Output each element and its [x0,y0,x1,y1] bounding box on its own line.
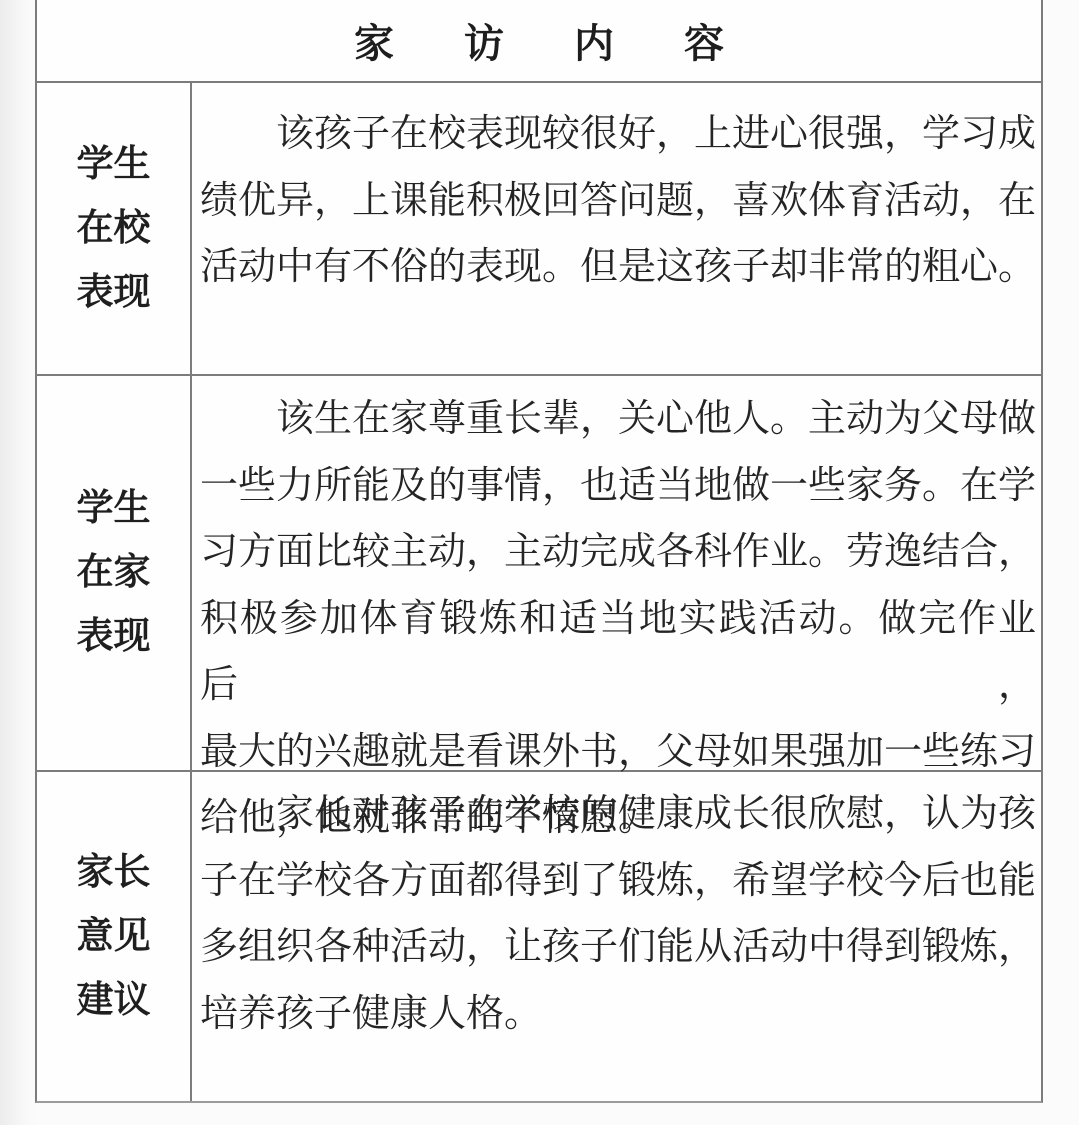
content-text-line: 培养孩子健康人格。 [200,981,1036,1048]
document-page: 家访内容 学生 在校 表现 该孩子在校表现较很好，上进心很强，学习成 绩优异，上… [0,0,1079,1125]
content-text-line: 家长对孩子在学校的健康成长很欣慰，认为孩 [200,781,1036,848]
row-label-line: 意见 [77,905,151,969]
content-text-line: 多组织各种活动，让孩子们能从活动中得到锻炼， [200,914,1036,981]
content-text-line: 该孩子在校表现较很好，上进心很强，学习成 [200,101,1036,168]
row-content-home-performance: 该生在家尊重长辈，关心他人。主动为父母做 一些力所能及的事情，也适当地做一些家务… [192,376,1041,770]
table-row-parent-suggestions: 家长 意见 建议 家长对孩子在学校的健康成长很欣慰，认为孩 子在学校各方面都得到… [37,772,1041,1101]
row-label-line: 表现 [77,261,151,325]
row-content-school-performance: 该孩子在校表现较很好，上进心很强，学习成 绩优异，上课能积极回答问题，喜欢体育活… [192,83,1041,374]
row-label-line: 家长 [77,841,151,905]
table-title: 家访内容 [284,12,794,69]
row-label-line: 学生 [77,133,151,197]
row-label-home-performance: 学生 在家 表现 [37,376,192,770]
content-text-line: 积极参加体育锻炼和适当地实践活动。做完作业后， [200,586,1036,719]
table-row-school-performance: 学生 在校 表现 该孩子在校表现较很好，上进心很强，学习成 绩优异，上课能积极回… [37,83,1041,376]
row-content-parent-suggestions: 家长对孩子在学校的健康成长很欣慰，认为孩 子在学校各方面都得到了锻炼，希望学校今… [192,772,1041,1101]
content-text-line: 该生在家尊重长辈，关心他人。主动为父母做 [200,386,1036,453]
row-label-line: 学生 [77,477,151,541]
row-label-school-performance: 学生 在校 表现 [37,83,192,374]
content-text-line: 一些力所能及的事情，也适当地做一些家务。在学 [200,453,1036,520]
table-row-home-performance: 学生 在家 表现 该生在家尊重长辈，关心他人。主动为父母做 一些力所能及的事情，… [37,376,1041,772]
row-label-line: 表现 [77,605,151,669]
home-visit-table: 家访内容 学生 在校 表现 该孩子在校表现较很好，上进心很强，学习成 绩优异，上… [35,0,1043,1103]
content-text-line: 子在学校各方面都得到了锻炼，希望学校今后也能 [200,848,1036,915]
row-label-line: 在家 [77,541,151,605]
content-text-line: 活动中有不俗的表现。但是这孩子却非常的粗心。 [200,234,1036,301]
row-label-line: 在校 [77,197,151,261]
content-text-line: 习方面比较主动，主动完成各科作业。劳逸结合， [200,519,1036,586]
content-text-line: 绩优异，上课能积极回答问题，喜欢体育活动，在 [200,168,1036,235]
row-label-line: 建议 [77,969,151,1033]
row-label-parent-suggestions: 家长 意见 建议 [37,772,192,1101]
table-header-row: 家访内容 [37,0,1041,83]
